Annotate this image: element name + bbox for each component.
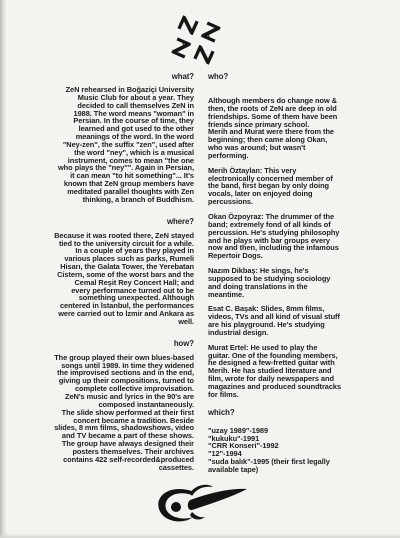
right-column: who? Although members do change now & th… [208,72,370,481]
guitar-icon [150,480,250,526]
section-header-how: how? [6,339,194,348]
where-paragraph: Because it was rooted there, ZeN stayed … [6,232,194,326]
section-header-where: where? [6,217,194,226]
member-paragraph-merih: Merih Öztaylan: This very electronically… [208,167,370,206]
scan-shadow-bottom [0,533,400,538]
section-header-who: who? [208,72,370,81]
zen-logo-icon: Z Z Z Z e e [166,10,226,70]
zen-pinwheel-logo: Z Z Z Z e e [166,10,226,70]
what-paragraph: ZeN rehearsed in Boğaziçi University Mus… [6,86,194,204]
member-paragraph-murat: Murat Ertel: He used to play the guitar.… [208,344,370,399]
member-paragraph-nazim: Nazım Dikbaş: He sings, he's supposed to… [208,267,370,298]
how-paragraph: The group played their own blues-based s… [6,354,194,472]
who-intro-paragraph: Although members do change now & then, t… [208,97,370,160]
left-column: what? ZeN rehearsed in Boğaziçi Universi… [6,72,194,471]
section-header-what: what? [6,72,194,81]
guitar-brush-icon [150,480,250,526]
discography-list: "uzay 1989"-1989 "kukuku"-1991 "CRR Kons… [208,427,370,474]
member-paragraph-okan: Okan Özpoyraz: The drummer of the band; … [208,213,370,260]
member-paragraph-esat: Esat C. Başak: Slides, 8mm films, videos… [208,305,370,336]
section-header-which: which? [208,408,370,417]
